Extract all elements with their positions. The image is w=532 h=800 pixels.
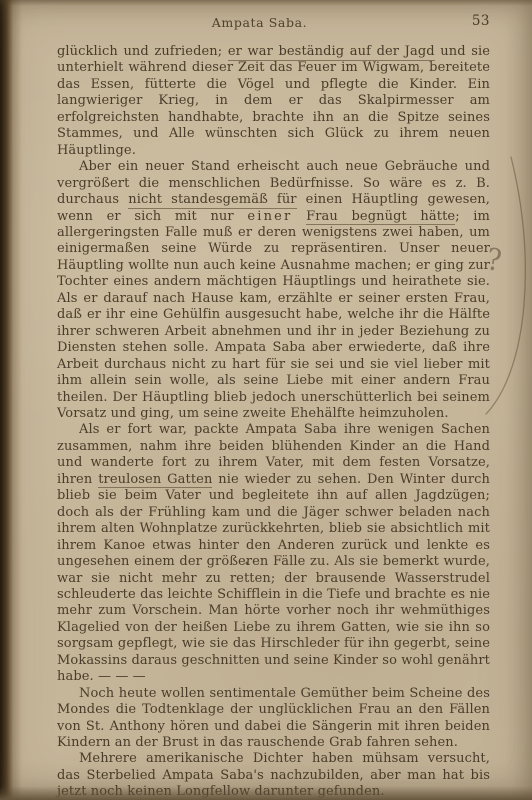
body-text: glücklich und zufrieden; er war beständi… <box>57 44 490 800</box>
page-gutter-shadow <box>0 0 22 800</box>
pencil-margin-arc <box>486 157 525 414</box>
paragraph-4: Noch heute wollen sentimentale Gemüther … <box>57 686 490 752</box>
running-title: Ampata Saba. <box>57 15 462 30</box>
page-header: Ampata Saba. 53 <box>57 15 492 33</box>
paragraph-2: Aber ein neuer Stand erheischt auch neue… <box>57 159 490 422</box>
paragraph-3: Als er fort war, packte Ampata Saba ihre… <box>57 422 490 685</box>
paragraph-text: und sie unterhielt während dieser Zeit d… <box>57 44 490 158</box>
paragraph-1: glücklich und zufrieden; er war beständi… <box>57 44 490 159</box>
page-number: 53 <box>472 13 490 29</box>
emphasized-word: einer <box>247 209 292 224</box>
paragraph-text: glücklich und zufrieden; <box>57 44 228 59</box>
paragraph-text: ; im allergeringsten Falle muß er deren … <box>57 209 490 421</box>
pencil-underline: er war beständig auf der Jagd <box>228 44 435 61</box>
pencil-underline: Frau begnügt hätte <box>306 209 455 226</box>
pencil-question-mark: ? <box>485 242 504 279</box>
paragraph-text <box>292 209 306 224</box>
pencil-underline: nicht standesgemäß für <box>128 192 296 209</box>
book-page-scan: Ampata Saba. 53 glücklich und zufrieden;… <box>0 0 532 800</box>
page-top-edge <box>0 0 532 6</box>
pencil-underline: treulosen Gatten <box>98 472 212 489</box>
page-bottom-edge <box>0 786 532 800</box>
paragraph-text: Noch heute wollen sentimentale Gemüther … <box>57 686 490 750</box>
paragraph-text: nie wieder zu sehen. Den Winter durch bl… <box>57 472 490 684</box>
